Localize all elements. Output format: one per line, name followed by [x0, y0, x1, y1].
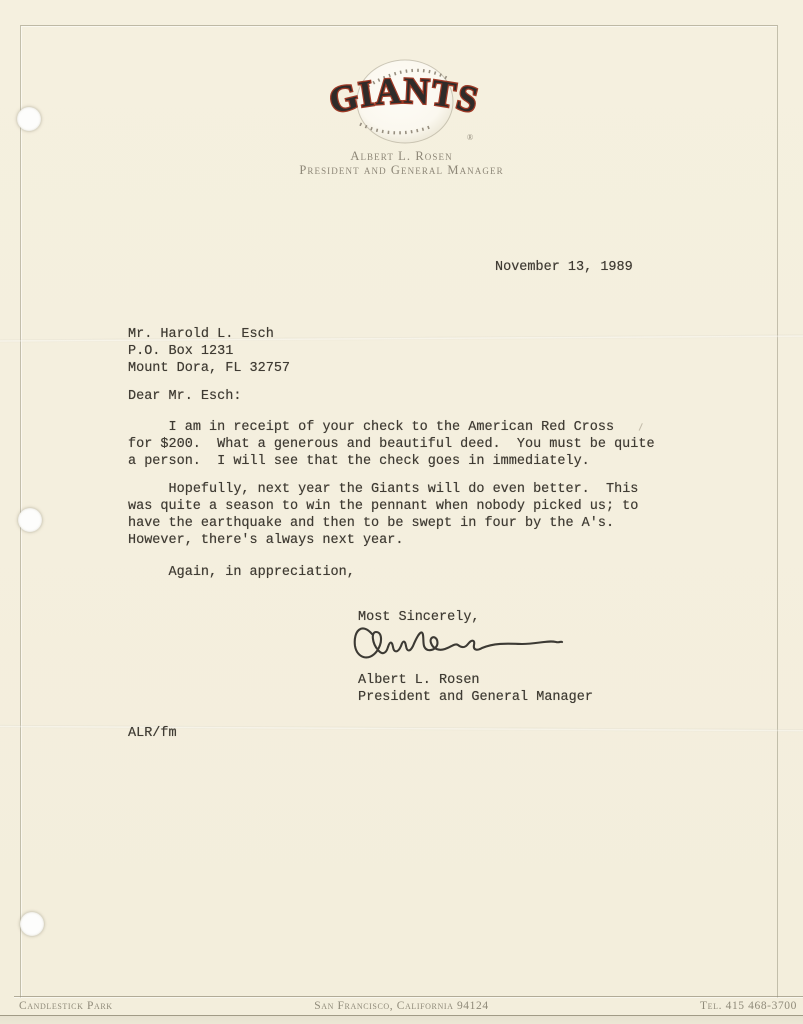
typist-reference: ALR/fm [128, 725, 177, 742]
punch-hole [17, 107, 41, 131]
body-paragraph-1: I am in receipt of your check to the Ame… [128, 419, 655, 470]
letterhead-title: President and General Manager [0, 164, 803, 177]
paper-crease [0, 725, 803, 732]
date-line: November 13, 1989 [495, 259, 633, 276]
body-paragraph-3: Again, in appreciation, [128, 564, 355, 581]
punch-hole [20, 912, 44, 936]
signature [352, 622, 564, 666]
footer-phone: Tel. 415 468-3700 [700, 999, 797, 1013]
body-paragraph-2: Hopefully, next year the Giants will do … [128, 481, 638, 549]
paper-crease [0, 334, 803, 342]
letterhead-footer: Candlestick Park San Francisco, Californ… [0, 999, 803, 1014]
letterhead-name: Albert L. Rosen [0, 150, 803, 163]
punch-hole [18, 508, 42, 532]
registered-mark: ® [467, 133, 473, 142]
footer-rule-top [14, 996, 803, 997]
scan-background-strip [0, 1016, 803, 1024]
scanned-letter-page: GIANTS ® Albert L. Rosen President and G… [0, 0, 803, 1024]
recipient-address: Mr. Harold L. Esch P.O. Box 1231 Mount D… [128, 326, 290, 377]
salutation: Dear Mr. Esch: [128, 388, 241, 405]
giants-baseball-logo: GIANTS ® [325, 52, 485, 147]
signer-title: President and General Manager [358, 689, 593, 706]
signer-name: Albert L. Rosen [358, 672, 480, 689]
footer-address: San Francisco, California 94124 [0, 999, 803, 1013]
